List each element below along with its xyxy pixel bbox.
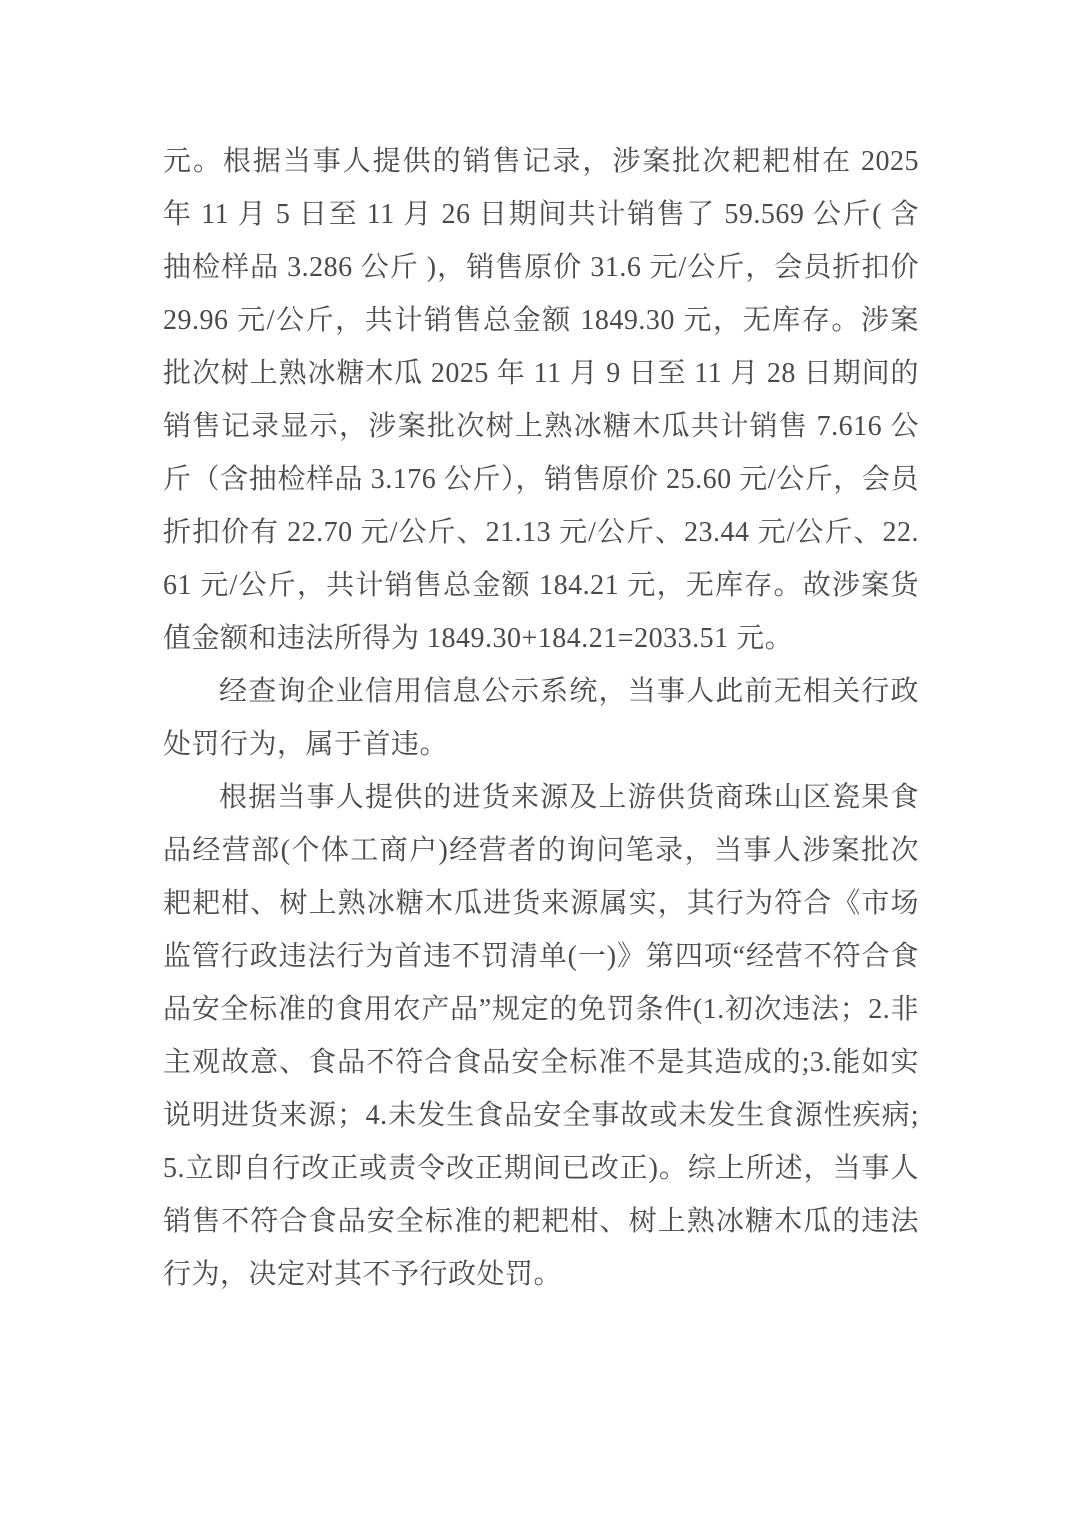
- document-page: 元。根据当事人提供的销售记录，涉案批次耙耙柑在 2025 年 11 月 5 日至…: [0, 0, 1074, 1520]
- document-text-block: 元。根据当事人提供的销售记录，涉案批次耙耙柑在 2025 年 11 月 5 日至…: [163, 135, 919, 1301]
- paragraph-first-violation: 经查询企业信用信息公示系统，当事人此前无相关行政处罚行为，属于首违。: [163, 665, 919, 771]
- paragraph-sales-record: 元。根据当事人提供的销售记录，涉案批次耙耙柑在 2025 年 11 月 5 日至…: [163, 135, 919, 665]
- paragraph-exemption-decision: 根据当事人提供的进货来源及上游供货商珠山区瓷果食品经营部(个体工商户)经营者的询…: [163, 771, 919, 1301]
